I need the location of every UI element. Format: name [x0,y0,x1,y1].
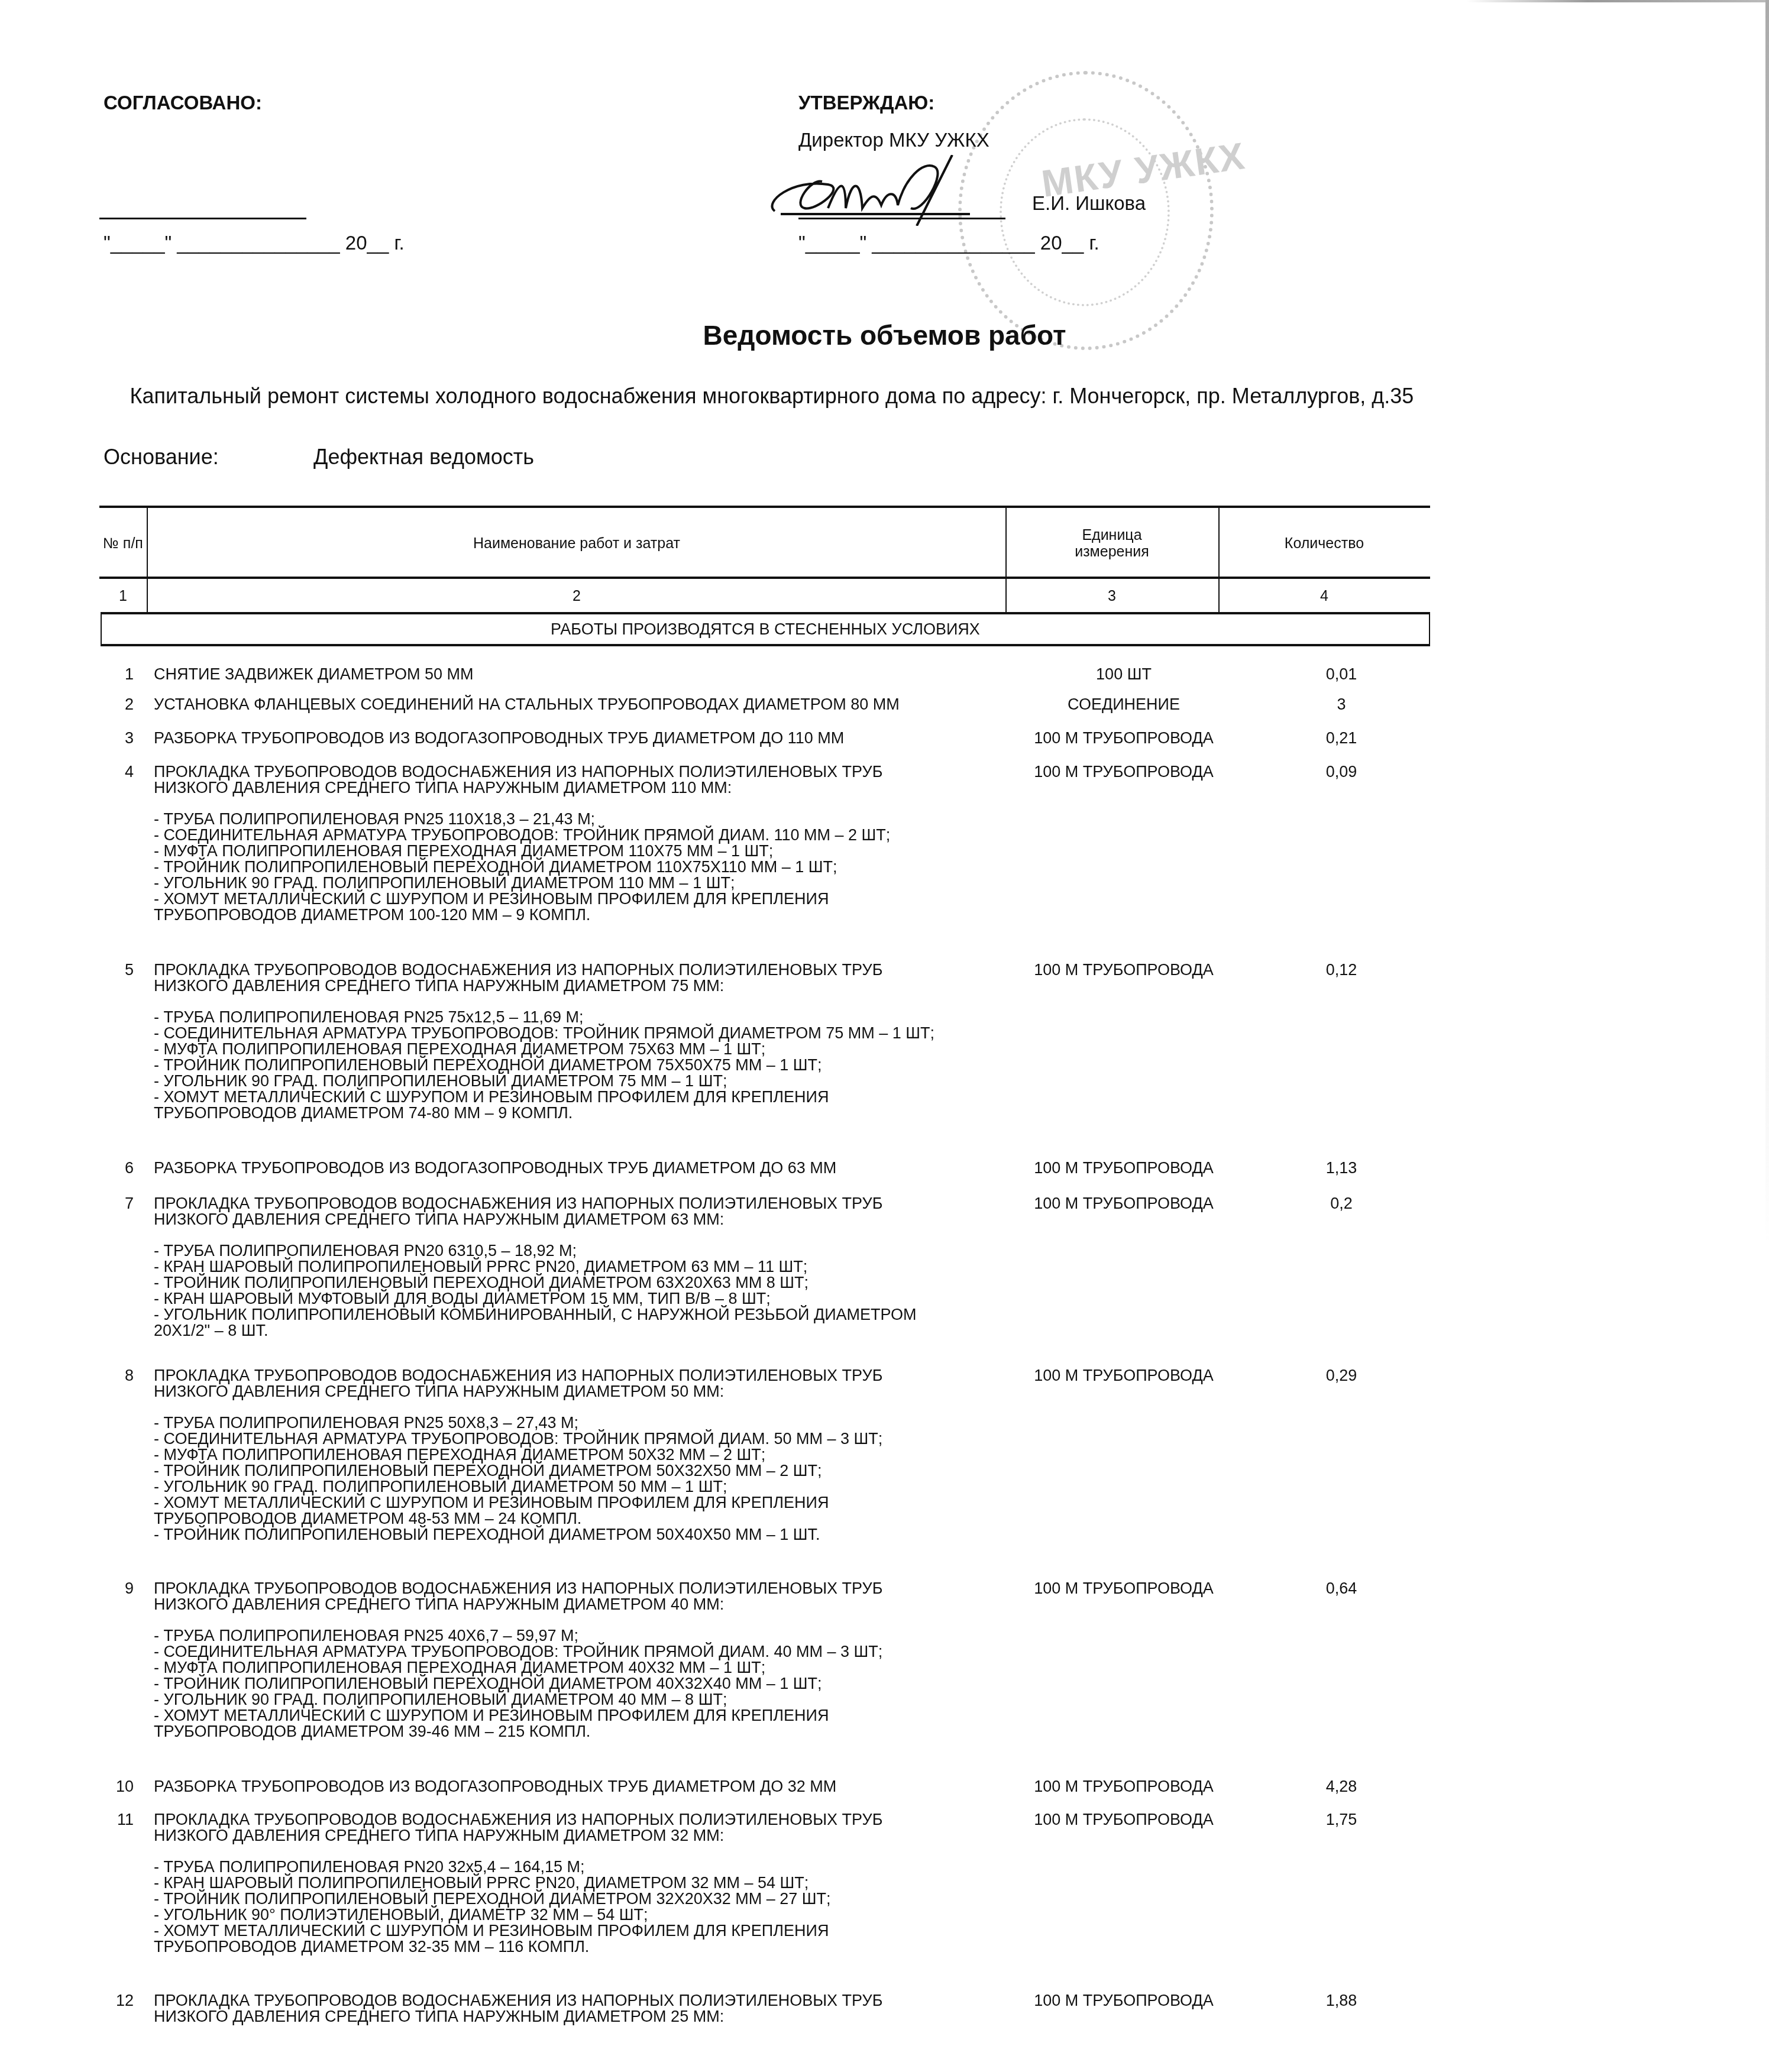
row-materials: - ТРУБА ПОЛИПРОПИЛЕНОВАЯ PN20 6310,5 – 1… [154,1243,1011,1339]
row-unit: 100 М ТРУБОПРОВОДА [1017,962,1230,978]
row-name: ПРОКЛАДКА ТРУБОПРОВОДОВ ВОДОСНАБЖЕНИЯ ИЗ… [154,1812,940,1844]
material-line: - ХОМУТ МЕТАЛЛИЧЕСКИЙ С ШУРУПОМ И РЕЗИНО… [154,1923,1011,1939]
material-line: ТРУБОПРОВОДОВ ДИАМЕТРОМ 48-53 ММ – 24 КО… [154,1511,1011,1527]
material-line: - ТРОЙНИК ПОЛИПРОПИЛЕНОВЫЙ ПЕРЕХОДНОЙ ДИ… [154,1057,1011,1073]
header-name: Наименование работ и затрат [148,508,1005,579]
row-quantity: 1,75 [1282,1812,1401,1828]
header-quantity: Количество [1218,508,1430,579]
material-line: - КРАН ШАРОВЫЙ МУФТОВЫЙ ДЛЯ ВОДЫ ДИАМЕТР… [154,1291,1011,1307]
material-line: - КРАН ШАРОВЫЙ ПОЛИПРОПИЛЕНОВЫЙ PPRC PN2… [154,1259,1011,1275]
material-line: - СОЕДИНИТЕЛЬНАЯ АРМАТУРА ТРУБОПРОВОДОВ:… [154,1025,1011,1041]
row-unit: 100 М ТРУБОПРОВОДА [1017,1812,1230,1828]
row-name: ПРОКЛАДКА ТРУБОПРОВОДОВ ВОДОСНАБЖЕНИЯ ИЗ… [154,1368,940,1400]
row-materials: - ТРУБА ПОЛИПРОПИЛЕНОВАЯ PN25 110Х18,3 –… [154,811,1011,923]
basis-value: Дефектная ведомость [313,445,534,470]
material-line: - СОЕДИНИТЕЛЬНАЯ АРМАТУРА ТРУБОПРОВОДОВ:… [154,827,1011,843]
section-title: РАБОТЫ ПРОИЗВОДЯТСЯ В СТЕСНЕННЫХ УСЛОВИЯ… [101,612,1430,646]
row-number: 9 [99,1581,134,1597]
material-line: - ТРОЙНИК ПОЛИПРОПИЛЕНОВЫЙ ПЕРЕХОДНОЙ ДИ… [154,1676,1011,1692]
column-divider [1005,506,1007,612]
row-quantity: 0,01 [1282,666,1401,682]
row-materials: - ТРУБА ПОЛИПРОПИЛЕНОВАЯ PN25 75х12,5 – … [154,1009,1011,1121]
row-name: ПРОКЛАДКА ТРУБОПРОВОДОВ ВОДОСНАБЖЕНИЯ ИЗ… [154,962,940,994]
row-quantity: 1,13 [1282,1160,1401,1176]
row-quantity: 3 [1282,697,1401,713]
row-name: СНЯТИЕ ЗАДВИЖЕК ДИАМЕТРОМ 50 ММ [154,666,1011,682]
row-number: 4 [99,764,134,780]
row-materials: - ТРУБА ПОЛИПРОПИЛЕНОВАЯ PN20 32х5,4 – 1… [154,1859,1011,1955]
row-name: УСТАНОВКА ФЛАНЦЕВЫХ СОЕДИНЕНИЙ НА СТАЛЬН… [154,697,1011,713]
material-line: ТРУБОПРОВОДОВ ДИАМЕТРОМ 100-120 ММ – 9 К… [154,907,1011,923]
column-divider [147,506,148,612]
row-number: 8 [99,1368,134,1384]
material-line: - УГОЛЬНИК 90 ГРАД. ПОЛИПРОПИЛЕНОВЫЙ ДИА… [154,1073,1011,1089]
row-unit: 100 М ТРУБОПРОВОДА [1017,1779,1230,1795]
row-unit: 100 М ТРУБОПРОВОДА [1017,1196,1230,1212]
material-line: - ТРОЙНИК ПОЛИПРОПИЛЕНОВЫЙ ПЕРЕХОДНОЙ ДИ… [154,1463,1011,1479]
row-quantity: 0,21 [1282,730,1401,746]
row-number: 3 [99,730,134,746]
row-name: ПРОКЛАДКА ТРУБОПРОВОДОВ ВОДОСНАБЖЕНИЯ ИЗ… [154,1196,940,1228]
row-unit: 100 М ТРУБОПРОВОДА [1017,1368,1230,1384]
row-materials: - ТРУБА ПОЛИПРОПИЛЕНОВАЯ PN25 50Х8,3 – 2… [154,1415,1011,1543]
signature-icon [757,155,1011,226]
document-title: Ведомость объемов работ [0,319,1769,351]
scan-edge [1765,0,1769,2072]
material-line: - УГОЛЬНИК 90° ПОЛИЭТИЛЕНОВЫЙ, ДИАМЕТР 3… [154,1907,1011,1923]
row-unit: 100 ШТ [1017,666,1230,682]
agreed-signature-line [99,218,306,219]
material-line: - КРАН ШАРОВЫЙ ПОЛИПРОПИЛЕНОВЫЙ PPRC PN2… [154,1875,1011,1891]
material-line: - СОЕДИНИТЕЛЬНАЯ АРМАТУРА ТРУБОПРОВОДОВ:… [154,1431,1011,1447]
row-unit: 100 М ТРУБОПРОВОДА [1017,1160,1230,1176]
row-quantity: 0,29 [1282,1368,1401,1384]
row-unit: 100 М ТРУБОПРОВОДА [1017,764,1230,780]
row-number: 11 [99,1812,134,1828]
material-line: - ТРОЙНИК ПОЛИПРОПИЛЕНОВЫЙ ПЕРЕХОДНОЙ ДИ… [154,1527,1011,1543]
basis-label: Основание: [104,445,219,470]
approve-signature-line [798,218,1005,219]
material-line: ТРУБОПРОВОДОВ ДИАМЕТРОМ 74-80 ММ – 9 КОМ… [154,1105,1011,1121]
header-number: № п/п [99,508,147,579]
material-line: - МУФТА ПОЛИПРОПИЛЕНОВАЯ ПЕРЕХОДНАЯ ДИАМ… [154,1447,1011,1463]
agreed-date: "_____" _______________ 20__ г. [104,232,405,254]
column-number-4: 4 [1218,579,1430,613]
material-line: - ХОМУТ МЕТАЛЛИЧЕСКИЙ С ШУРУПОМ И РЕЗИНО… [154,1495,1011,1511]
row-number: 5 [99,962,134,978]
row-number: 2 [99,697,134,713]
material-line: - ТРУБА ПОЛИПРОПИЛЕНОВАЯ PN20 32х5,4 – 1… [154,1859,1011,1875]
material-line: - ТРУБА ПОЛИПРОПИЛЕНОВАЯ PN25 40Х6,7 – 5… [154,1628,1011,1644]
column-number-row: 1 2 3 4 [99,577,1430,613]
material-line: - ХОМУТ МЕТАЛЛИЧЕСКИЙ С ШУРУПОМ И РЕЗИНО… [154,1708,1011,1724]
material-line: - ТРОЙНИК ПОЛИПРОПИЛЕНОВЫЙ ПЕРЕХОДНОЙ ДИ… [154,1891,1011,1907]
column-number-2: 2 [148,579,1005,613]
column-number-1: 1 [99,579,147,613]
scan-edge [1467,0,1769,2]
material-line: - СОЕДИНИТЕЛЬНАЯ АРМАТУРА ТРУБОПРОВОДОВ:… [154,1644,1011,1660]
material-line: - МУФТА ПОЛИПРОПИЛЕНОВАЯ ПЕРЕХОДНАЯ ДИАМ… [154,1660,1011,1676]
row-number: 1 [99,666,134,682]
director-position: Директор МКУ УЖКХ [798,129,989,151]
header-row: № п/п Наименование работ и затрат Единиц… [99,506,1430,579]
approve-label: УТВЕРЖДАЮ: [798,92,934,114]
row-materials: - ТРУБА ПОЛИПРОПИЛЕНОВАЯ PN25 40Х6,7 – 5… [154,1628,1011,1740]
column-number-3: 3 [1005,579,1218,613]
material-line: - ТРУБА ПОЛИПРОПИЛЕНОВАЯ PN25 75х12,5 – … [154,1009,1011,1025]
row-number: 12 [99,1993,134,2009]
row-number: 7 [99,1196,134,1212]
material-line: - УГОЛЬНИК ПОЛИПРОПИЛЕНОВЫЙ КОМБИНИРОВАН… [154,1307,1011,1323]
material-line: ТРУБОПРОВОДОВ ДИАМЕТРОМ 39-46 ММ – 215 К… [154,1724,1011,1740]
row-name: ПРОКЛАДКА ТРУБОПРОВОДОВ ВОДОСНАБЖЕНИЯ ИЗ… [154,1993,940,2025]
row-unit: 100 М ТРУБОПРОВОДА [1017,1581,1230,1597]
material-line: - ТРУБА ПОЛИПРОПИЛЕНОВАЯ PN25 110Х18,3 –… [154,811,1011,827]
row-number: 10 [99,1779,134,1795]
row-name: РАЗБОРКА ТРУБОПРОВОДОВ ИЗ ВОДОГАЗОПРОВОД… [154,1779,1011,1795]
row-name: ПРОКЛАДКА ТРУБОПРОВОДОВ ВОДОСНАБЖЕНИЯ ИЗ… [154,764,940,796]
row-quantity: 4,28 [1282,1779,1401,1795]
material-line: - ТРУБА ПОЛИПРОПИЛЕНОВАЯ PN25 50Х8,3 – 2… [154,1415,1011,1431]
approve-date: "_____" _______________ 20__ г. [798,232,1099,254]
material-line: - ТРУБА ПОЛИПРОПИЛЕНОВАЯ PN20 6310,5 – 1… [154,1243,1011,1259]
row-number: 6 [99,1160,134,1176]
row-quantity: 0,2 [1282,1196,1401,1212]
material-line: - МУФТА ПОЛИПРОПИЛЕНОВАЯ ПЕРЕХОДНАЯ ДИАМ… [154,843,1011,859]
row-quantity: 0,12 [1282,962,1401,978]
document-subtitle: Капитальный ремонт системы холодного вод… [101,384,1443,408]
header-unit: Единица измерения [1005,508,1218,579]
material-line: - ТРОЙНИК ПОЛИПРОПИЛЕНОВЫЙ ПЕРЕХОДНОЙ ДИ… [154,859,1011,875]
row-unit: 100 М ТРУБОПРОВОДА [1017,730,1230,746]
row-quantity: 0,09 [1282,764,1401,780]
row-name: РАЗБОРКА ТРУБОПРОВОДОВ ИЗ ВОДОГАЗОПРОВОД… [154,730,1011,746]
row-name: ПРОКЛАДКА ТРУБОПРОВОДОВ ВОДОСНАБЖЕНИЯ ИЗ… [154,1581,940,1613]
row-quantity: 1,88 [1282,1993,1401,2009]
material-line: 20Х1/2" – 8 ШТ. [154,1323,1011,1339]
row-quantity: 0,64 [1282,1581,1401,1597]
material-line: ТРУБОПРОВОДОВ ДИАМЕТРОМ 32-35 ММ – 116 К… [154,1939,1011,1955]
material-line: - ТРОЙНИК ПОЛИПРОПИЛЕНОВЫЙ ПЕРЕХОДНОЙ ДИ… [154,1275,1011,1291]
agreed-label: СОГЛАСОВАНО: [104,92,262,114]
signatory-name: Е.И. Ишкова [1032,192,1146,215]
material-line: - УГОЛЬНИК 90 ГРАД. ПОЛИПРОПИЛЕНОВЫЙ ДИА… [154,1692,1011,1708]
material-line: - УГОЛЬНИК 90 ГРАД. ПОЛИПРОПИЛЕНОВЫЙ ДИА… [154,1479,1011,1495]
row-unit: СОЕДИНЕНИЕ [1017,697,1230,713]
material-line: - УГОЛЬНИК 90 ГРАД. ПОЛИПРОПИЛЕНОВЫЙ ДИА… [154,875,1011,891]
column-divider [1218,506,1220,612]
row-name: РАЗБОРКА ТРУБОПРОВОДОВ ИЗ ВОДОГАЗОПРОВОД… [154,1160,1011,1176]
material-line: - МУФТА ПОЛИПРОПИЛЕНОВАЯ ПЕРЕХОДНАЯ ДИАМ… [154,1041,1011,1057]
material-line: - ХОМУТ МЕТАЛЛИЧЕСКИЙ С ШУРУПОМ И РЕЗИНО… [154,1089,1011,1105]
row-unit: 100 М ТРУБОПРОВОДА [1017,1993,1230,2009]
material-line: - ХОМУТ МЕТАЛЛИЧЕСКИЙ С ШУРУПОМ И РЕЗИНО… [154,891,1011,907]
